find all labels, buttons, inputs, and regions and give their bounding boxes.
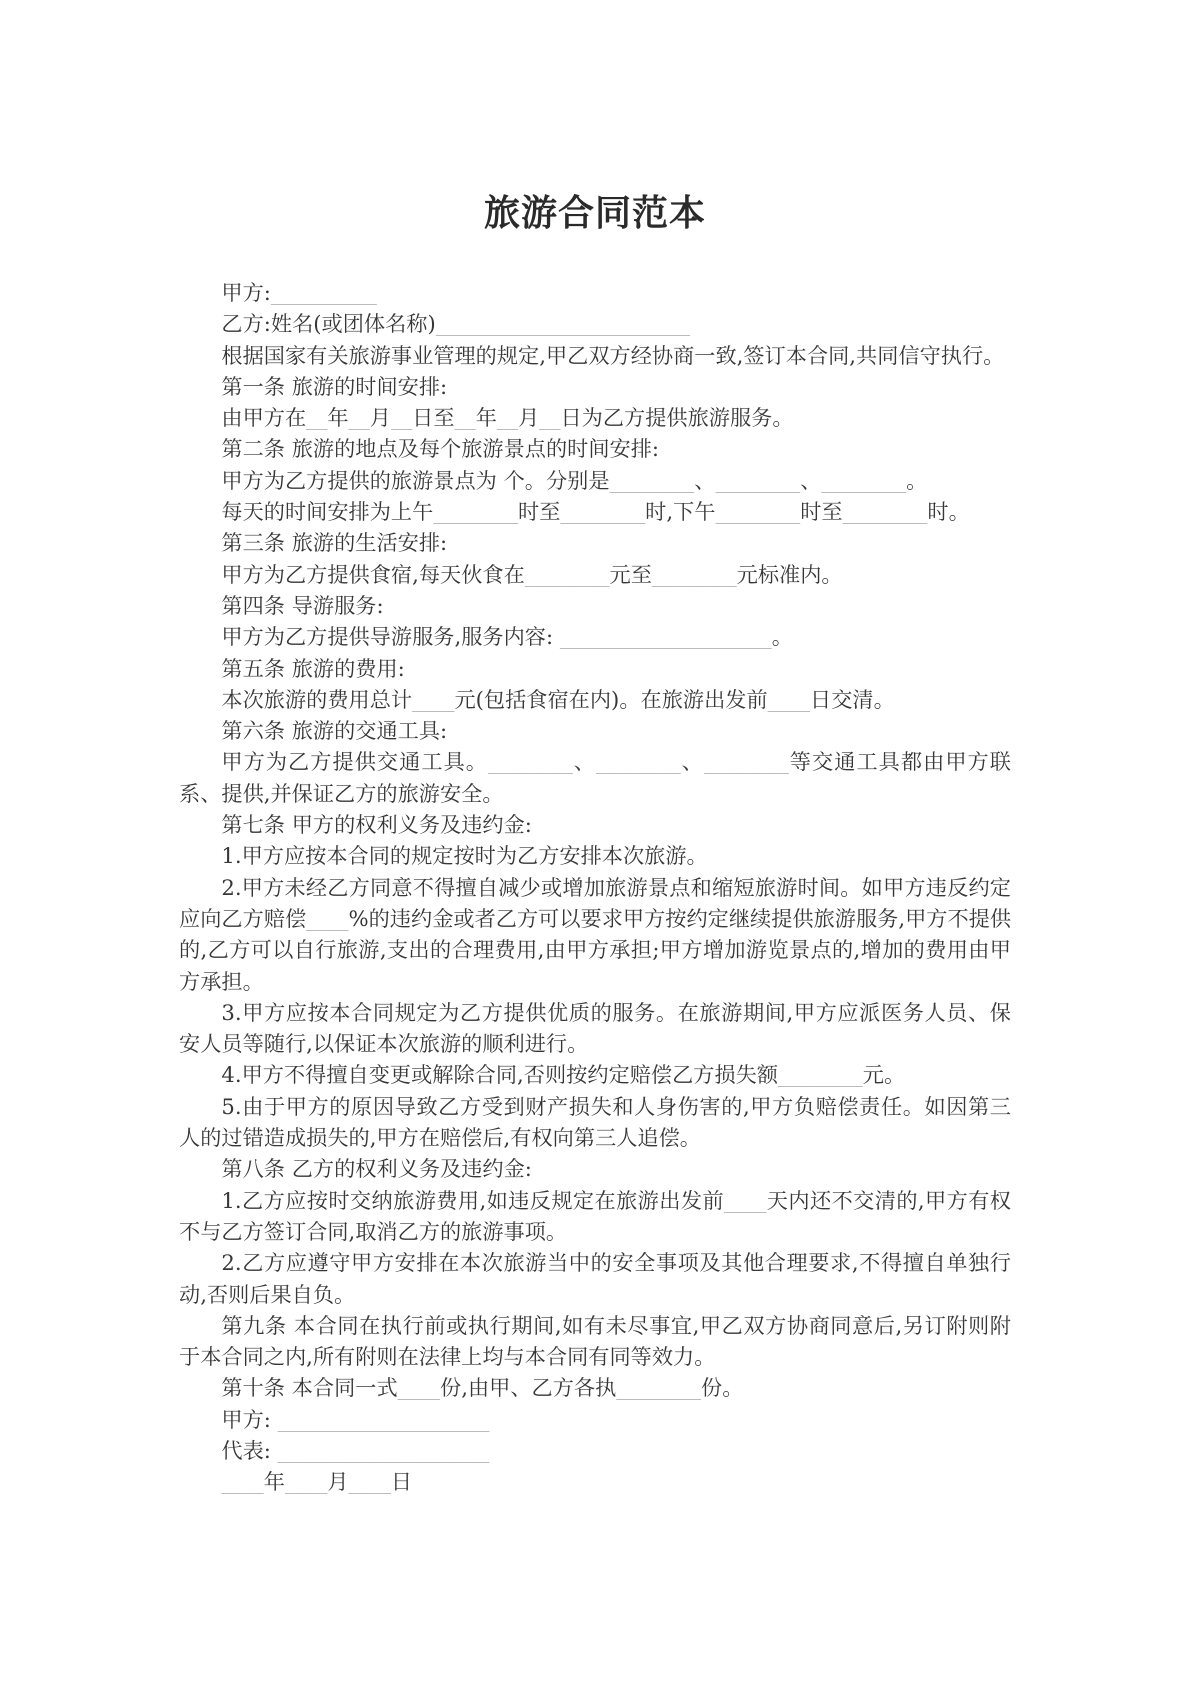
blank-fill-line: ________	[596, 749, 681, 774]
paragraph: 第三条 旅游的生活安排:	[179, 527, 1011, 558]
paragraph: 2.乙方应遵守甲方安排在本次旅游当中的安全事项及其他合理要求,不得擅自单独行动,…	[179, 1247, 1011, 1310]
blank-fill-line: ____	[221, 1469, 263, 1494]
text-run: 甲方为乙方提供的旅游景点为 个。分别是	[221, 468, 609, 493]
text-run: 甲方:	[221, 1407, 277, 1432]
blank-fill-line: ________	[821, 468, 906, 493]
text-run: 时至	[800, 499, 842, 524]
paragraph: 甲方:__________	[179, 277, 1011, 308]
text-run: 第三条 旅游的生活安排:	[221, 530, 447, 555]
text-run: 日至	[412, 405, 454, 430]
text-run: 第一条 旅游的时间安排:	[221, 374, 447, 399]
text-run: 甲方为乙方提供食宿,每天伙食在	[221, 562, 524, 587]
blank-fill-line: ________	[610, 468, 695, 493]
text-run: 日	[391, 1469, 412, 1494]
contract-document-page: 旅游合同范本 甲方:__________乙方:姓名(或团体名称)________…	[0, 0, 1190, 1683]
text-run: 、	[694, 468, 715, 493]
paragraph: 乙方:姓名(或团体名称)________________________	[179, 308, 1011, 339]
paragraph: 第二条 旅游的地点及每个旅游景点的时间安排:	[179, 433, 1011, 464]
text-run: 甲方:	[221, 280, 271, 305]
text-run: 第十条 本合同一式	[221, 1375, 397, 1400]
blank-fill-line: ________	[778, 1062, 863, 1087]
text-run: 5.由于甲方的原因导致乙方受到财产损失和人身伤害的,甲方负赔偿责任。如因第三人的…	[179, 1094, 1011, 1150]
blank-fill-line: __	[349, 405, 370, 430]
paragraph: 甲方为乙方提供的旅游景点为 个。分别是________、________、___…	[179, 465, 1011, 496]
text-run: 年	[476, 405, 497, 430]
blank-fill-line: ________	[488, 749, 573, 774]
blank-fill-line: ________	[616, 1375, 701, 1400]
text-run: 月	[327, 1469, 348, 1494]
contract-body: 甲方:__________乙方:姓名(或团体名称)_______________…	[179, 277, 1011, 1498]
blank-fill-line: ________	[560, 499, 645, 524]
text-run: 。	[906, 468, 927, 493]
blank-fill-line: ____	[412, 687, 454, 712]
text-run: 代表:	[221, 1438, 277, 1463]
paragraph: 第五条 旅游的费用:	[179, 653, 1011, 684]
text-run: 本次旅游的费用总计	[221, 687, 412, 712]
blank-fill-line: ________	[843, 499, 928, 524]
blank-fill-line: ____________________	[560, 624, 772, 649]
text-run: 第二条 旅游的地点及每个旅游景点的时间安排:	[221, 436, 659, 461]
text-run: 每天的时间安排为上午	[221, 499, 433, 524]
text-run: 1.乙方应按时交纳旅游费用,如违反规定在旅游出发前	[221, 1188, 724, 1213]
text-run: 第六条 旅游的交通工具:	[221, 718, 447, 743]
blank-fill-line: ________	[652, 562, 737, 587]
text-run: 时至	[518, 499, 560, 524]
paragraph: 甲方为乙方提供导游服务,服务内容: ____________________。	[179, 621, 1011, 652]
text-run: 第九条 本合同在执行前或执行期间,如有未尽事宜,甲乙双方协商同意后,另订附则附于…	[179, 1313, 1011, 1369]
blank-fill-line: ________________________	[436, 311, 690, 336]
text-run: 元。	[863, 1062, 905, 1087]
text-run: 第八条 乙方的权利义务及违约金:	[221, 1156, 532, 1181]
text-run: 元至	[610, 562, 652, 587]
blank-fill-line: ____	[349, 1469, 391, 1494]
blank-fill-line: ____	[768, 687, 810, 712]
document-title: 旅游合同范本	[0, 0, 1190, 235]
paragraph: 5.由于甲方的原因导致乙方受到财产损失和人身伤害的,甲方负赔偿责任。如因第三人的…	[179, 1091, 1011, 1154]
paragraph: ____年____月____日	[179, 1466, 1011, 1497]
blank-fill-line: __________	[271, 280, 377, 305]
paragraph: 1.乙方应按时交纳旅游费用,如违反规定在旅游出发前____天内还不交清的,甲方有…	[179, 1185, 1011, 1248]
text-run: 第四条 导游服务:	[221, 593, 383, 618]
paragraph: 甲方为乙方提供食宿,每天伙食在________元至________元标准内。	[179, 559, 1011, 590]
paragraph: 1.甲方应按本合同的规定按时为乙方安排本次旅游。	[179, 840, 1011, 871]
blank-fill-line: ____________________	[278, 1407, 490, 1432]
blank-fill-line: ____	[285, 1469, 327, 1494]
text-run: 第七条 甲方的权利义务及违约金:	[221, 812, 532, 837]
blank-fill-line: ________	[715, 468, 800, 493]
paragraph: 第四条 导游服务:	[179, 590, 1011, 621]
paragraph: 根据国家有关旅游事业管理的规定,甲乙双方经协商一致,签订本合同,共同信守执行。	[179, 340, 1011, 371]
blank-fill-line: __	[497, 405, 518, 430]
text-run: 时,下午	[645, 499, 715, 524]
paragraph: 第一条 旅游的时间安排:	[179, 371, 1011, 402]
text-run: 月	[518, 405, 539, 430]
paragraph: 2.甲方未经乙方同意不得擅自减少或增加旅游景点和缩短旅游时间。如甲方违反约定应向…	[179, 872, 1011, 997]
text-run: 第五条 旅游的费用:	[221, 656, 404, 681]
text-run: 3.甲方应按本合同规定为乙方提供优质的服务。在旅游期间,甲方应派医务人员、保安人…	[179, 1000, 1011, 1056]
paragraph: 每天的时间安排为上午________时至________时,下午________…	[179, 496, 1011, 527]
paragraph: 第九条 本合同在执行前或执行期间,如有未尽事宜,甲乙双方协商同意后,另订附则附于…	[179, 1310, 1011, 1373]
text-run: 日为乙方提供旅游服务。	[560, 405, 793, 430]
paragraph: 本次旅游的费用总计____元(包括食宿在内)。在旅游出发前____日交清。	[179, 684, 1011, 715]
text-run: 月	[370, 405, 391, 430]
blank-fill-line: __	[391, 405, 412, 430]
text-run: 元(包括食宿在内)。在旅游出发前	[454, 687, 767, 712]
text-run: 年	[327, 405, 348, 430]
text-run: 由甲方在	[221, 405, 306, 430]
blank-fill-line: ____	[398, 1375, 440, 1400]
blank-fill-line: ________	[433, 499, 518, 524]
paragraph: 代表: ____________________	[179, 1435, 1011, 1466]
blank-fill-line: ____	[306, 906, 348, 931]
text-run: 、	[681, 749, 704, 774]
text-run: 根据国家有关旅游事业管理的规定,甲乙双方经协商一致,签订本合同,共同信守执行。	[221, 343, 1004, 368]
text-run: 4.甲方不得擅自变更或解除合同,否则按约定赔偿乙方损失额	[221, 1062, 778, 1087]
text-run: 甲方为乙方提供导游服务,服务内容:	[221, 624, 559, 649]
text-run: 份,由甲、乙方各执	[440, 1375, 616, 1400]
text-run: 、	[573, 749, 596, 774]
blank-fill-line: ________	[715, 499, 800, 524]
paragraph: 甲方为乙方提供交通工具。________、________、________等交…	[179, 746, 1011, 809]
text-run: 年	[264, 1469, 285, 1494]
blank-fill-line: ________	[525, 562, 610, 587]
paragraph: 第十条 本合同一式____份,由甲、乙方各执________份。	[179, 1372, 1011, 1403]
paragraph: 第八条 乙方的权利义务及违约金:	[179, 1153, 1011, 1184]
paragraph: 第七条 甲方的权利义务及违约金:	[179, 809, 1011, 840]
blank-fill-line: __	[306, 405, 327, 430]
blank-fill-line: __	[539, 405, 560, 430]
blank-fill-line: __	[455, 405, 476, 430]
text-run: 甲方为乙方提供交通工具。	[221, 749, 488, 774]
text-run: 日交清。	[810, 687, 895, 712]
paragraph: 甲方: ____________________	[179, 1404, 1011, 1435]
text-run: 1.甲方应按本合同的规定按时为乙方安排本次旅游。	[221, 843, 707, 868]
paragraph: 由甲方在__年__月__日至__年__月__日为乙方提供旅游服务。	[179, 402, 1011, 433]
paragraph: 第六条 旅游的交通工具:	[179, 715, 1011, 746]
text-run: 、	[800, 468, 821, 493]
text-run: 。	[772, 624, 793, 649]
blank-fill-line: ____________________	[278, 1438, 490, 1463]
text-run: 份。	[701, 1375, 743, 1400]
text-run: 2.乙方应遵守甲方安排在本次旅游当中的安全事项及其他合理要求,不得擅自单独行动,…	[179, 1250, 1011, 1306]
text-run: 乙方:姓名(或团体名称)	[221, 311, 435, 336]
text-run: 元标准内。	[737, 562, 843, 587]
text-run: 时。	[927, 499, 969, 524]
paragraph: 3.甲方应按本合同规定为乙方提供优质的服务。在旅游期间,甲方应派医务人员、保安人…	[179, 997, 1011, 1060]
blank-fill-line: ____	[724, 1188, 766, 1213]
paragraph: 4.甲方不得擅自变更或解除合同,否则按约定赔偿乙方损失额________元。	[179, 1059, 1011, 1090]
blank-fill-line: ________	[704, 749, 789, 774]
